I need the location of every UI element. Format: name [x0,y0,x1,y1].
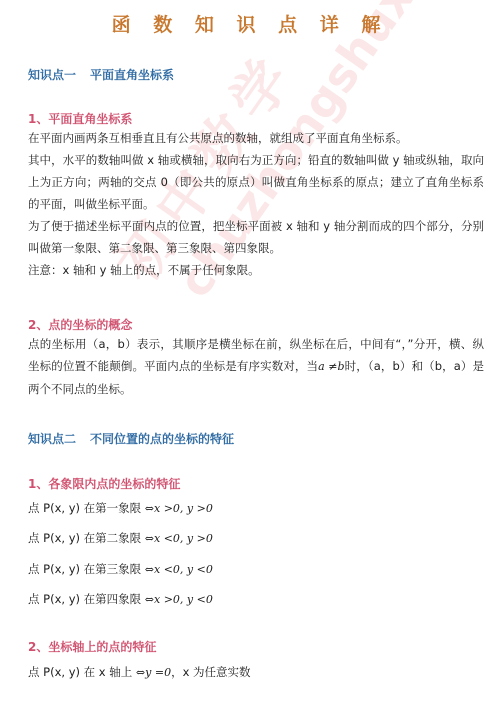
axis-rule-1: 点 P(x, y) 在 x 轴上 ⇔y =0，x 为任意实数 [28,664,251,680]
rule-suffix: ，x 为任意实数 [171,665,250,679]
rule-condition: ⇔x >0, y >0 [145,502,213,515]
subsection-heading-1-2: 2、点的坐标的概念 [28,316,132,333]
page-title: 函 数 知 识 点 详 解 [0,10,500,37]
rule-condition: ⇔x >0, y <0 [145,593,213,606]
rule-text: 点 P(x, y) 在 x 轴上 [28,665,132,679]
document-page: 初中数学 chuzhongshuxue 函 数 知 识 点 详 解 知识点一平面… [0,0,500,714]
paragraph: 为了便于描述坐标平面内点的位置，把坐标平面被 x 轴和 y 轴分割而成的四个部分… [28,215,484,259]
subsection-heading-2-1: 1、各象限内点的坐标的特征 [28,475,180,492]
rule-text: 点 P(x, y) 在第二象限 [28,531,141,545]
rule-text: 点 P(x, y) 在第三象限 [28,562,141,576]
knowledge-point-title: 不同位置的点的坐标的特征 [90,432,234,446]
rule-condition: ⇔x <0, y >0 [145,532,213,545]
quadrant-rule-1: 点 P(x, y) 在第一象限 ⇔x >0, y >0 [28,500,213,516]
quadrant-rule-2: 点 P(x, y) 在第二象限 ⇔x <0, y >0 [28,530,213,546]
math-inequality: a ≠b [318,360,344,373]
subsection-heading-2-2: 2、坐标轴上的点的特征 [28,638,156,655]
quadrant-rule-3: 点 P(x, y) 在第三象限 ⇔x <0, y <0 [28,561,213,577]
paragraph-block-1-2: 点的坐标用（a，b）表示，其顺序是横坐标在前，纵坐标在后，中间有“，”分开，横、… [28,333,484,400]
rule-text: 点 P(x, y) 在第一象限 [28,501,141,515]
paragraph: 在平面内画两条互相垂直且有公共原点的数轴，就组成了平面直角坐标系。 [28,127,484,149]
paragraph: 点的坐标用（a，b）表示，其顺序是横坐标在前，纵坐标在后，中间有“，”分开，横、… [28,333,484,400]
quadrant-rule-4: 点 P(x, y) 在第四象限 ⇔x >0, y <0 [28,591,213,607]
knowledge-point-label: 知识点一 [28,68,76,82]
subsection-heading-1-1: 1、平面直角坐标系 [28,110,132,127]
knowledge-point-2-heading: 知识点二不同位置的点的坐标的特征 [28,430,234,447]
knowledge-point-1-heading: 知识点一平面直角坐标系 [28,66,174,83]
knowledge-point-title: 平面直角坐标系 [90,68,174,82]
paragraph-block-1-1: 在平面内画两条互相垂直且有公共原点的数轴，就组成了平面直角坐标系。 其中，水平的… [28,127,484,281]
rule-condition: ⇔x <0, y <0 [145,563,213,576]
paragraph: 其中，水平的数轴叫做 x 轴或横轴，取向右为正方向；铅直的数轴叫做 y 轴或纵轴… [28,149,484,215]
rule-text: 点 P(x, y) 在第四象限 [28,592,141,606]
paragraph: 注意：x 轴和 y 轴上的点，不属于任何象限。 [28,259,484,281]
rule-condition: ⇔y =0 [136,666,171,679]
knowledge-point-label: 知识点二 [28,432,76,446]
